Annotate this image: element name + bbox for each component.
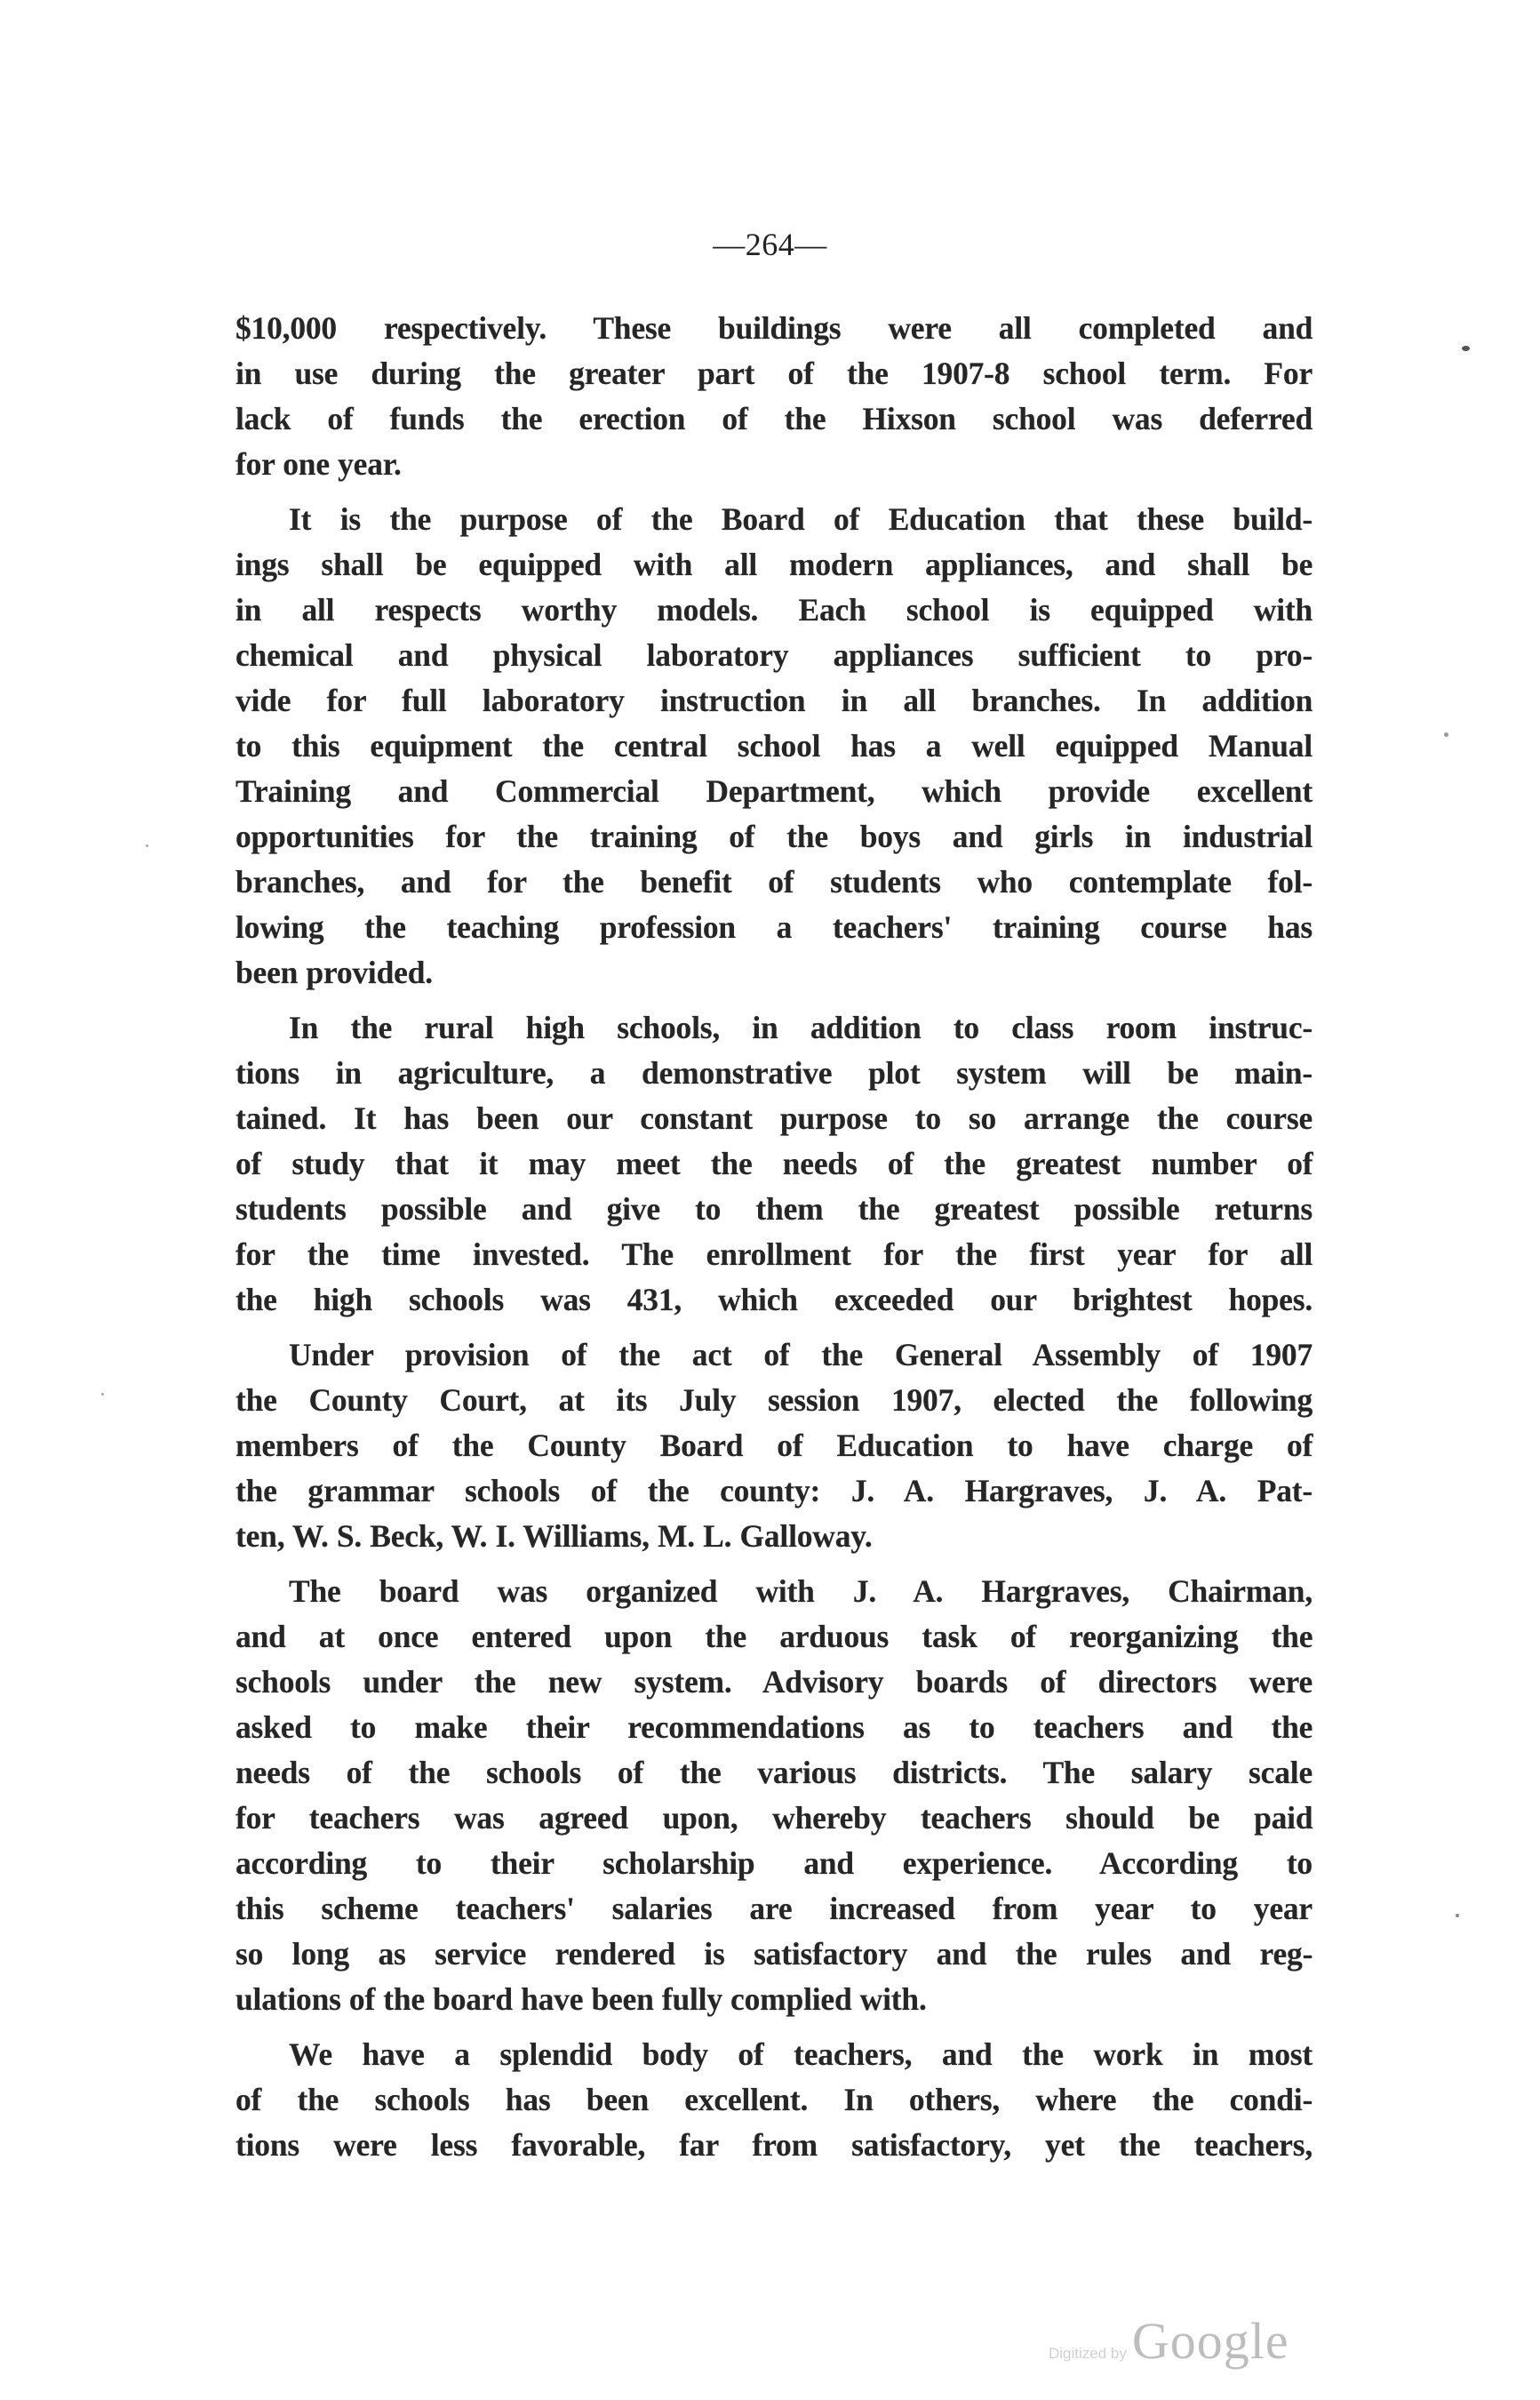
text-line: for one year. xyxy=(235,442,1313,487)
text-line: schools under the new system. Advisory b… xyxy=(235,1660,1313,1705)
paragraph-teachers: We have a splendid body of teachers, and… xyxy=(235,2032,1313,2168)
scan-speck xyxy=(1456,1914,1459,1917)
text-line: tions in agriculture, a demonstrative pl… xyxy=(235,1051,1313,1096)
text-line: the grammar schools of the county: J. A.… xyxy=(235,1468,1313,1514)
text-line: and at once entered upon the arduous tas… xyxy=(235,1614,1313,1660)
text-line: It is the purpose of the Board of Educat… xyxy=(235,497,1313,542)
text-line: in use during the greater part of the 19… xyxy=(235,351,1313,396)
text-line: the high schools was 431, which exceeded… xyxy=(235,1277,1313,1323)
text-line: members of the County Board of Education… xyxy=(235,1423,1313,1468)
paragraph-building-completion: $10,000 respectively. These buildings we… xyxy=(235,306,1313,487)
paragraph-board-organized: The board was organized with J. A. Hargr… xyxy=(235,1569,1313,2022)
text-line: needs of the schools of the various dist… xyxy=(235,1750,1313,1796)
text-line: of study that it may meet the needs of t… xyxy=(235,1141,1313,1187)
text-line: Under provision of the act of the Genera… xyxy=(235,1332,1313,1378)
text-line: for teachers was agreed upon, whereby te… xyxy=(235,1796,1313,1841)
watermark-prefix: Digitized by xyxy=(1049,2345,1127,2363)
text-line: to this equipment the central school has… xyxy=(235,724,1313,769)
text-line: chemical and physical laboratory applian… xyxy=(235,633,1313,678)
text-line: asked to make their recommendations as t… xyxy=(235,1705,1313,1750)
paragraph-rural-high-schools: In the rural high schools, in addition t… xyxy=(235,1005,1313,1323)
text-line: this scheme teachers' salaries are incre… xyxy=(235,1886,1313,1932)
text-line: $10,000 respectively. These buildings we… xyxy=(235,306,1313,351)
text-line: lack of funds the erection of the Hixson… xyxy=(235,396,1313,442)
text-line: branches, and for the benefit of student… xyxy=(235,860,1313,905)
text-line: The board was organized with J. A. Hargr… xyxy=(235,1569,1313,1614)
text-line: according to their scholarship and exper… xyxy=(235,1841,1313,1886)
google-watermark: Digitized by Google xyxy=(1049,2311,1289,2371)
text-line: In the rural high schools, in addition t… xyxy=(235,1005,1313,1051)
text-line: the County Court, at its July session 19… xyxy=(235,1378,1313,1423)
text-line: tions were less favorable, far from sati… xyxy=(235,2123,1313,2168)
text-line: students possible and give to them the g… xyxy=(235,1187,1313,1232)
google-logo-icon: Google xyxy=(1132,2311,1289,2371)
paragraph-equipment: It is the purpose of the Board of Educat… xyxy=(235,497,1313,996)
scan-speck xyxy=(1444,732,1448,737)
text-line: lowing the teaching profession a teacher… xyxy=(235,905,1313,950)
text-line: for the time invested. The enrollment fo… xyxy=(235,1232,1313,1277)
text-line: tained. It has been our constant purpose… xyxy=(235,1096,1313,1141)
text-line: Training and Commercial Department, whic… xyxy=(235,769,1313,814)
text-line: ings shall be equipped with all modern a… xyxy=(235,542,1313,588)
scan-speck xyxy=(101,1393,104,1396)
text-line: opportunities for the training of the bo… xyxy=(235,814,1313,860)
text-line: in all respects worthy models. Each scho… xyxy=(235,588,1313,633)
text-line: vide for full laboratory instruction in … xyxy=(235,678,1313,724)
text-line: ten, W. S. Beck, W. I. Williams, M. L. G… xyxy=(235,1514,1313,1559)
text-line: We have a splendid body of teachers, and… xyxy=(235,2032,1313,2077)
text-line: of the schools has been excellent. In ot… xyxy=(235,2077,1313,2123)
text-line: been provided. xyxy=(235,950,1313,996)
scan-speck xyxy=(146,844,148,847)
body-text: $10,000 respectively. These buildings we… xyxy=(235,306,1313,2178)
paragraph-county-board: Under provision of the act of the Genera… xyxy=(235,1332,1313,1559)
text-line: so long as service rendered is satisfact… xyxy=(235,1932,1313,1977)
page-number: —264— xyxy=(0,222,1540,267)
scan-speck xyxy=(1462,346,1470,351)
text-line: ulations of the board have been fully co… xyxy=(235,1977,1313,2022)
